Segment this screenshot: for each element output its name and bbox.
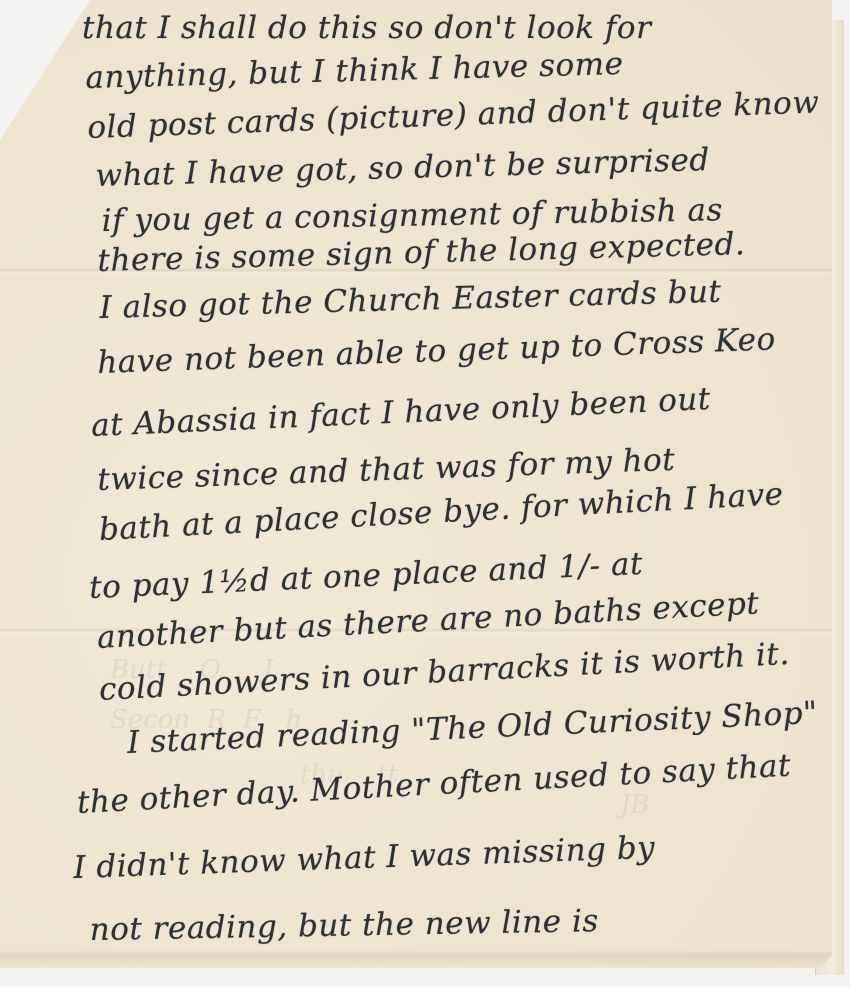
letter-line: I didn't know what I was missing by <box>73 830 656 886</box>
letter-line: anything, but I think I have some <box>85 46 624 96</box>
letter-body: that I shall do this so don't look for a… <box>0 0 832 968</box>
letter-line: at Abassia in fact I have only been out <box>90 381 711 444</box>
letter-line: that I shall do this so don't look for <box>82 10 651 46</box>
letter-line: what I have got, so don't be surprised <box>95 142 710 194</box>
letter-line: the other day. Mother often used to say … <box>76 748 792 821</box>
letter-line: not reading, but the new line is <box>89 903 599 948</box>
letter-line: have not been able to get up to Cross Ke… <box>97 321 777 381</box>
letter-line: old post cards (picture) and don't quite… <box>87 84 820 146</box>
letter-line: I also got the Church Easter cards but <box>99 274 722 326</box>
